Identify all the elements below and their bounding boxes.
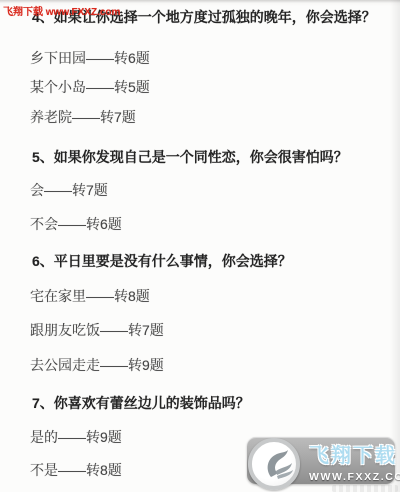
option-line: 乡下田园——转6题 — [30, 48, 150, 68]
logo-title: 飞翔下载 — [309, 439, 393, 468]
logo-url: WWW.FXXZ.COM — [309, 471, 393, 483]
option-line: 不是——转8题 — [30, 460, 122, 480]
quiz-document-page: 飞翔下载 www.FXXZ.com 4、如果让你选择一个地方度过孤独的晚年，你会… — [0, 0, 400, 492]
option-line: 跟朋友吃饭——转7题 — [30, 320, 164, 340]
option-line: 是的——转9题 — [30, 427, 122, 447]
bottom-edge-artifact — [332, 485, 398, 492]
option-line: 养老院——转7题 — [30, 107, 136, 127]
site-logo-badge: 飞翔下载 WWW.FXXZ.COM — [247, 437, 395, 484]
logo-text-block: 飞翔下载 WWW.FXXZ.COM — [309, 439, 393, 483]
site-watermark-top: 飞翔下载 www.FXXZ.com — [3, 3, 120, 18]
question-line: 6、平日里要是没有什么事情，你会选择？ — [32, 251, 292, 271]
swan-bird-icon — [248, 438, 300, 490]
question-line: 5、如果你发现自己是一个同性恋，你会很害怕吗？ — [32, 147, 348, 167]
question-line: 7、你喜欢有蕾丝边儿的装饰品吗？ — [32, 393, 250, 413]
option-line: 会——转7题 — [30, 180, 108, 200]
option-line: 去公园走走——转9题 — [30, 355, 164, 375]
option-line: 某个小岛——转5题 — [30, 77, 150, 97]
option-line: 宅在家里——转8题 — [30, 286, 150, 306]
option-line: 不会——转6题 — [30, 214, 122, 234]
